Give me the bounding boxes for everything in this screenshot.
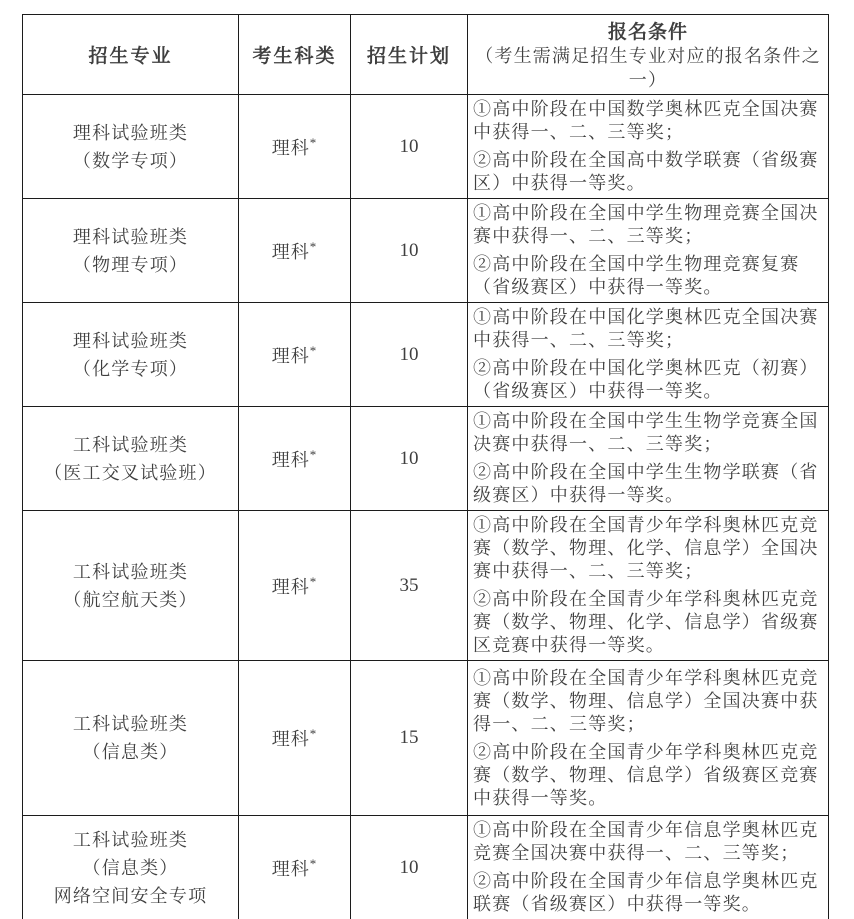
conditions-cell: ①高中阶段在全国中学生物理竞赛全国决赛中获得一、二、三等奖； ②高中阶段在全国中… xyxy=(468,199,829,303)
subject-type-cell: 理科* xyxy=(239,199,351,303)
subject-type-cell: 理科* xyxy=(239,407,351,511)
table-row: 理科试验班类 （数学专项） 理科* 10 ①高中阶段在中国数学奥林匹克全国决赛中… xyxy=(23,95,829,199)
table-row: 工科试验班类 （信息类） 网络空间安全专项 理科* 10 ①高中阶段在全国青少年… xyxy=(23,816,829,919)
conditions-cell: ①高中阶段在全国青少年学科奥林匹克竞赛（数学、物理、信息学）全国决赛中获得一、二… xyxy=(468,661,829,816)
major-line: （医工交叉试验班） xyxy=(27,459,234,487)
conditions-cell: ①高中阶段在全国中学生生物学竞赛全国决赛中获得一、二、三等奖； ②高中阶段在全国… xyxy=(468,407,829,511)
subject-asterisk: * xyxy=(310,447,318,462)
conditions-title: 报名条件 xyxy=(472,17,824,44)
major-line: 理科试验班类 xyxy=(27,327,234,355)
table-row: 工科试验班类 （医工交叉试验班） 理科* 10 ①高中阶段在全国中学生生物学竞赛… xyxy=(23,407,829,511)
subject-type-cell: 理科* xyxy=(239,511,351,661)
plan-cell: 10 xyxy=(351,816,468,919)
header-row: 招生专业 考生科类 招生计划 报名条件 （考生需满足招生专业对应的报名条件之一） xyxy=(23,15,829,95)
subject-type-cell: 理科* xyxy=(239,816,351,919)
header-major: 招生专业 xyxy=(23,15,239,95)
subject-asterisk: * xyxy=(310,343,318,358)
subject-label: 理科 xyxy=(272,577,310,597)
major-cell: 工科试验班类 （信息类） xyxy=(23,661,239,816)
condition-item: ①高中阶段在全国中学生物理竞赛全国决赛中获得一、二、三等奖； xyxy=(473,202,823,248)
major-line: 理科试验班类 xyxy=(27,119,234,147)
plan-cell: 10 xyxy=(351,95,468,199)
header-subject-type: 考生科类 xyxy=(239,15,351,95)
condition-item: ①高中阶段在全国中学生生物学竞赛全国决赛中获得一、二、三等奖； xyxy=(473,410,823,456)
subject-asterisk: * xyxy=(310,135,318,150)
subject-type-cell: 理科* xyxy=(239,303,351,407)
condition-item: ②高中阶段在中国化学奥林匹克（初赛）（省级赛区）中获得一等奖。 xyxy=(473,357,823,403)
condition-item: ②高中阶段在全国高中数学联赛（省级赛区）中获得一等奖。 xyxy=(473,149,823,195)
conditions-cell: ①高中阶段在全国青少年信息学奥林匹克竞赛全国决赛中获得一、二、三等奖； ②高中阶… xyxy=(468,816,829,919)
major-cell: 理科试验班类 （物理专项） xyxy=(23,199,239,303)
major-cell: 工科试验班类 （航空航天类） xyxy=(23,511,239,661)
condition-item: ①高中阶段在中国化学奥林匹克全国决赛中获得一、二、三等奖； xyxy=(473,306,823,352)
subject-type-cell: 理科* xyxy=(239,661,351,816)
conditions-cell: ①高中阶段在中国数学奥林匹克全国决赛中获得一、二、三等奖； ②高中阶段在全国高中… xyxy=(468,95,829,199)
major-cell: 工科试验班类 （医工交叉试验班） xyxy=(23,407,239,511)
major-line: 工科试验班类 xyxy=(27,826,234,854)
major-line: （信息类） xyxy=(27,854,234,882)
table-row: 理科试验班类 （物理专项） 理科* 10 ①高中阶段在全国中学生物理竞赛全国决赛… xyxy=(23,199,829,303)
major-line: 工科试验班类 xyxy=(27,710,234,738)
major-line: 网络空间安全专项 xyxy=(27,882,234,910)
major-line: （信息类） xyxy=(27,738,234,766)
subject-label: 理科 xyxy=(272,138,310,158)
condition-item: ②高中阶段在全国青少年学科奥林匹克竞赛（数学、物理、信息学）省级赛区竞赛中获得一… xyxy=(473,741,823,810)
plan-cell: 35 xyxy=(351,511,468,661)
condition-item: ②高中阶段在全国青少年学科奥林匹克竞赛（数学、物理、化学、信息学）省级赛区竞赛中… xyxy=(473,588,823,657)
header-plan: 招生计划 xyxy=(351,15,468,95)
header-conditions: 报名条件 （考生需满足招生专业对应的报名条件之一） xyxy=(468,15,829,95)
condition-item: ①高中阶段在全国青少年学科奥林匹克竞赛（数学、物理、信息学）全国决赛中获得一、二… xyxy=(473,667,823,736)
major-line: 工科试验班类 xyxy=(27,558,234,586)
subject-asterisk: * xyxy=(310,574,318,589)
conditions-cell: ①高中阶段在全国青少年学科奥林匹克竞赛（数学、物理、化学、信息学）全国决赛中获得… xyxy=(468,511,829,661)
major-cell: 工科试验班类 （信息类） 网络空间安全专项 xyxy=(23,816,239,919)
major-line: 理科试验班类 xyxy=(27,223,234,251)
conditions-cell: ①高中阶段在中国化学奥林匹克全国决赛中获得一、二、三等奖； ②高中阶段在中国化学… xyxy=(468,303,829,407)
subject-label: 理科 xyxy=(272,859,310,879)
condition-item: ①高中阶段在中国数学奥林匹克全国决赛中获得一、二、三等奖； xyxy=(473,98,823,144)
subject-asterisk: * xyxy=(310,239,318,254)
plan-cell: 10 xyxy=(351,303,468,407)
table-row: 工科试验班类 （航空航天类） 理科* 35 ①高中阶段在全国青少年学科奥林匹克竞… xyxy=(23,511,829,661)
subject-asterisk: * xyxy=(310,726,318,741)
subject-asterisk: * xyxy=(310,856,318,871)
condition-item: ①高中阶段在全国青少年学科奥林匹克竞赛（数学、物理、化学、信息学）全国决赛中获得… xyxy=(473,514,823,583)
subject-label: 理科 xyxy=(272,346,310,366)
conditions-subtitle: （考生需满足招生专业对应的报名条件之一） xyxy=(472,44,824,92)
major-line: （化学专项） xyxy=(27,355,234,383)
subject-type-cell: 理科* xyxy=(239,95,351,199)
condition-item: ②高中阶段在全国中学生物理竞赛复赛（省级赛区）中获得一等奖。 xyxy=(473,253,823,299)
table-row: 工科试验班类 （信息类） 理科* 15 ①高中阶段在全国青少年学科奥林匹克竞赛（… xyxy=(23,661,829,816)
table-row: 理科试验班类 （化学专项） 理科* 10 ①高中阶段在中国化学奥林匹克全国决赛中… xyxy=(23,303,829,407)
major-line: （数学专项） xyxy=(27,147,234,175)
major-line: （航空航天类） xyxy=(27,586,234,614)
condition-item: ②高中阶段在全国青少年信息学奥林匹克联赛（省级赛区）中获得一等奖。 xyxy=(473,870,823,916)
subject-label: 理科 xyxy=(272,729,310,749)
major-line: （物理专项） xyxy=(27,251,234,279)
plan-cell: 10 xyxy=(351,199,468,303)
condition-item: ①高中阶段在全国青少年信息学奥林匹克竞赛全国决赛中获得一、二、三等奖； xyxy=(473,819,823,865)
admissions-table: 招生专业 考生科类 招生计划 报名条件 （考生需满足招生专业对应的报名条件之一）… xyxy=(22,14,829,919)
major-cell: 理科试验班类 （化学专项） xyxy=(23,303,239,407)
plan-cell: 15 xyxy=(351,661,468,816)
major-line: 工科试验班类 xyxy=(27,431,234,459)
plan-cell: 10 xyxy=(351,407,468,511)
subject-label: 理科 xyxy=(272,242,310,262)
condition-item: ②高中阶段在全国中学生生物学联赛（省级赛区）中获得一等奖。 xyxy=(473,461,823,507)
major-cell: 理科试验班类 （数学专项） xyxy=(23,95,239,199)
subject-label: 理科 xyxy=(272,450,310,470)
